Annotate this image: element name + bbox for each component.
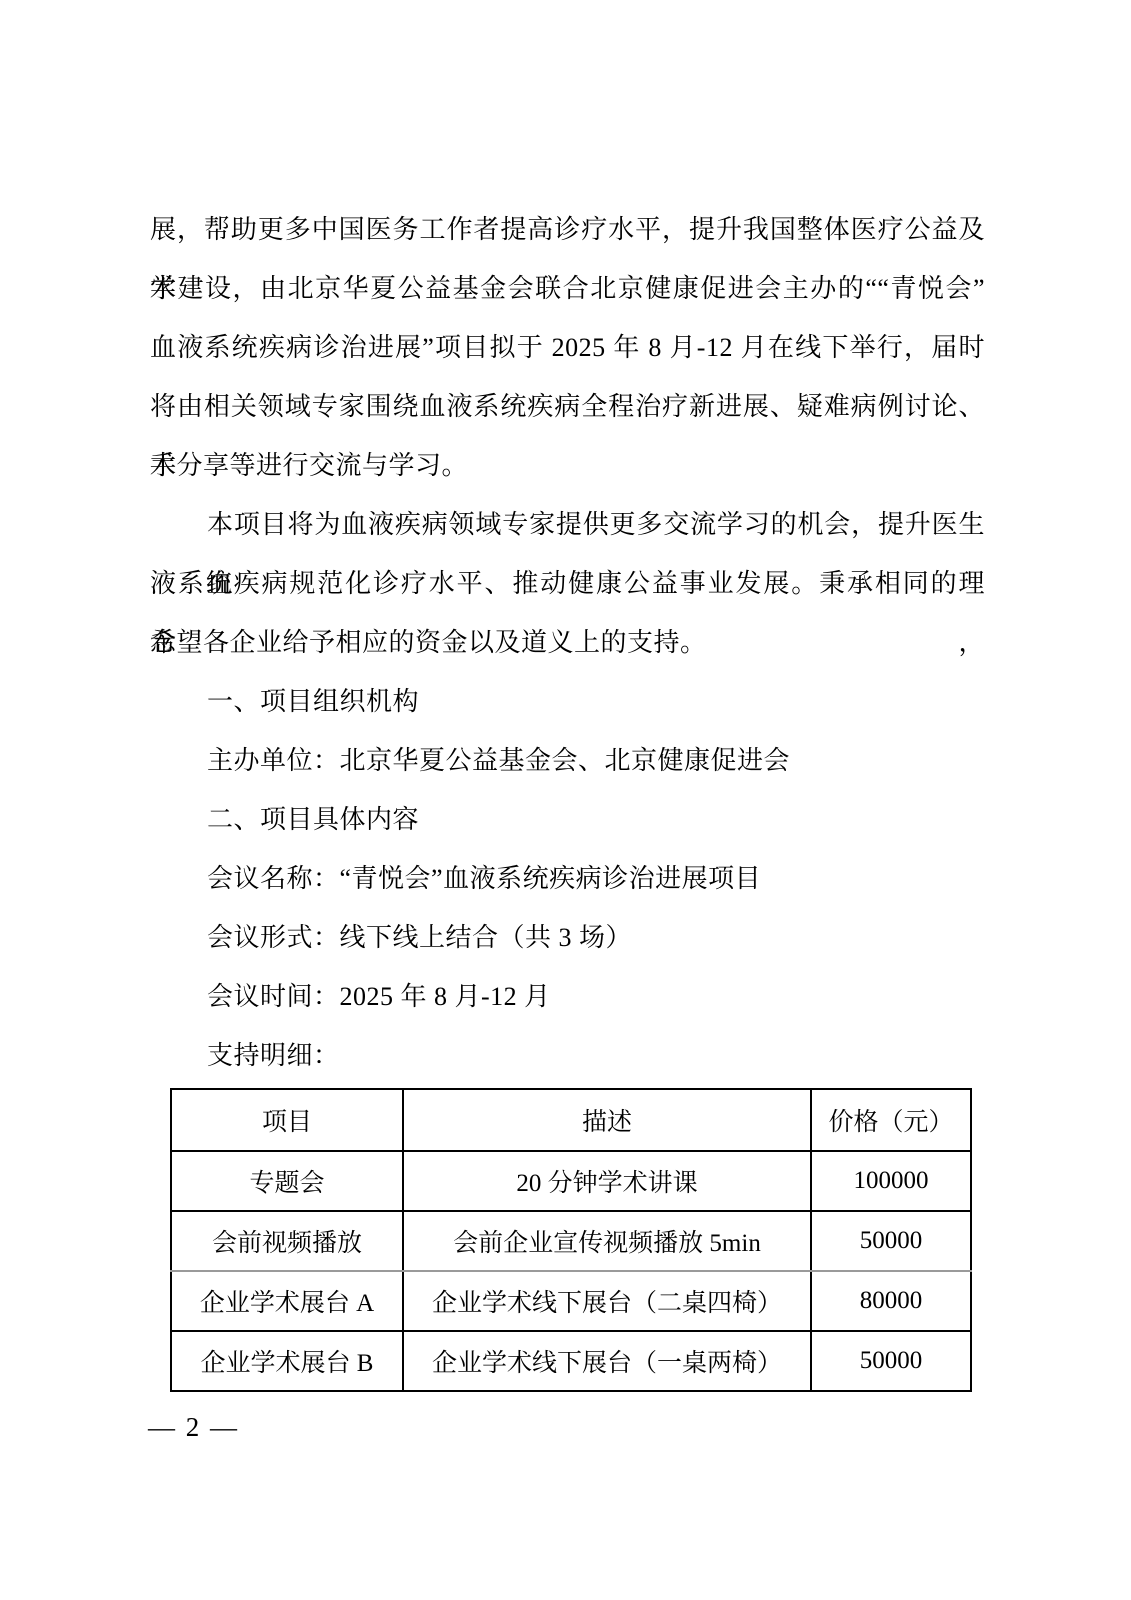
item-cell: 会前视频播放: [171, 1211, 403, 1271]
body-text: 展，帮助更多中国医务工作者提高诊疗水平，提升我国整体医疗公益及学 术建设，由北京…: [150, 200, 985, 1085]
table-row: 企业学术展台 A 企业学术线下展台（二桌四椅） 80000: [171, 1271, 971, 1331]
table-header-row: 项目 描述 价格（元）: [171, 1089, 971, 1151]
meeting-time-line: 会议时间：2025 年 8 月-12 月: [150, 967, 985, 1026]
item-cell: 专题会: [171, 1151, 403, 1211]
description-cell: 会前企业宣传视频播放 5min: [403, 1211, 811, 1271]
section-heading-2: 二、项目具体内容: [150, 790, 985, 849]
text-line: 液系统疾病规范化诊疗水平、推动健康公益事业发展。秉承相同的理念，: [150, 554, 985, 613]
text-line: 术分享等进行交流与学习。: [150, 436, 985, 495]
price-cell: 80000: [811, 1271, 971, 1331]
meeting-name-line: 会议名称：“青悦会”血液系统疾病诊治进展项目: [150, 849, 985, 908]
document-page: 展，帮助更多中国医务工作者提高诊疗水平，提升我国整体医疗公益及学 术建设，由北京…: [0, 0, 1131, 1600]
column-header-item: 项目: [171, 1089, 403, 1151]
table-row: 专题会 20 分钟学术讲课 100000: [171, 1151, 971, 1211]
support-pricing-table: 项目 描述 价格（元） 专题会 20 分钟学术讲课 100000 会前视频播放 …: [170, 1088, 972, 1392]
organizer-line: 主办单位：北京华夏公益基金会、北京健康促进会: [150, 731, 985, 790]
text-line: 术建设，由北京华夏公益基金会联合北京健康促进会主办的““青悦会”: [150, 259, 985, 318]
text-line: 将由相关领域专家围绕血液系统疾病全程治疗新进展、疑难病例讨论、手: [150, 377, 985, 436]
price-cell: 50000: [811, 1211, 971, 1271]
description-cell: 企业学术线下展台（二桌四椅）: [403, 1271, 811, 1331]
meeting-format-line: 会议形式：线下线上结合（共 3 场）: [150, 908, 985, 967]
support-detail-label: 支持明细：: [150, 1026, 985, 1085]
text-line: 本项目将为血液疾病领域专家提供更多交流学习的机会，提升医生血: [150, 495, 985, 554]
column-header-description: 描述: [403, 1089, 811, 1151]
column-header-price: 价格（元）: [811, 1089, 971, 1151]
description-cell: 企业学术线下展台（一桌两椅）: [403, 1331, 811, 1391]
table-row: 会前视频播放 会前企业宣传视频播放 5min 50000: [171, 1211, 971, 1271]
price-cell: 100000: [811, 1151, 971, 1211]
item-cell: 企业学术展台 A: [171, 1271, 403, 1331]
text-line: 血液系统疾病诊治进展”项目拟于 2025 年 8 月-12 月在线下举行，届时: [150, 318, 985, 377]
section-heading-1: 一、项目组织机构: [150, 672, 985, 731]
item-cell: 企业学术展台 B: [171, 1331, 403, 1391]
text-line: 展，帮助更多中国医务工作者提高诊疗水平，提升我国整体医疗公益及学: [150, 200, 985, 259]
description-cell: 20 分钟学术讲课: [403, 1151, 811, 1211]
price-cell: 50000: [811, 1331, 971, 1391]
table-row: 企业学术展台 B 企业学术线下展台（一桌两椅） 50000: [171, 1331, 971, 1391]
page-number: — 2 —: [148, 1412, 239, 1443]
